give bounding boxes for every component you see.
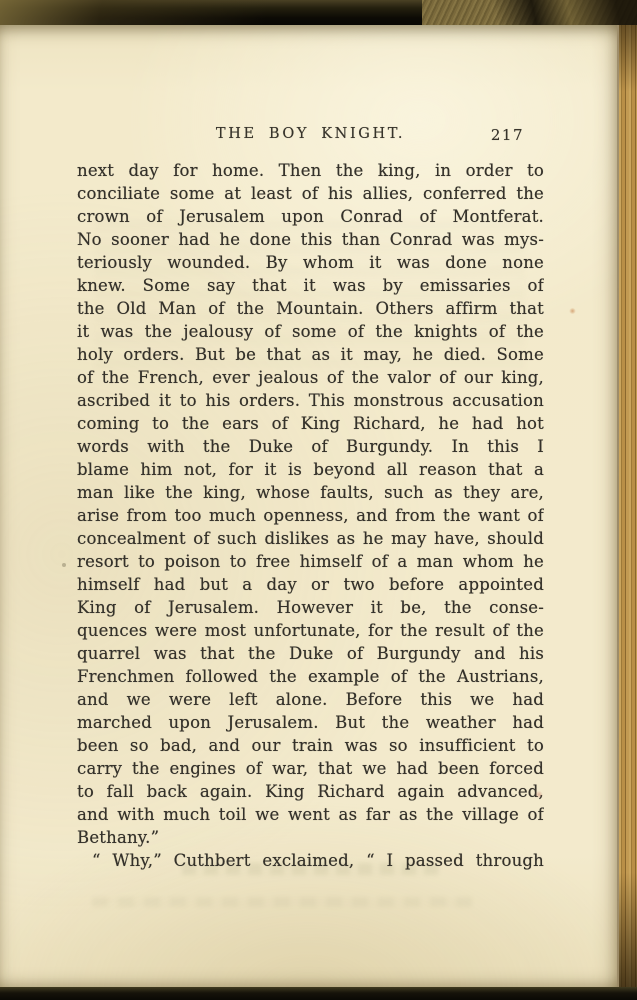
paper-stain: [62, 563, 66, 567]
running-header: THE BOY KNIGHT. 217: [77, 126, 544, 148]
paper-stain: [535, 791, 543, 798]
text-line: to fall back again. King Richard again a…: [77, 780, 544, 803]
text-line: King of Jerusalem. However it be, the co…: [77, 596, 544, 619]
text-line: coming to the ears of King Richard, he h…: [77, 412, 544, 435]
text-line: the Old Man of the Mountain. Others affi…: [77, 297, 544, 320]
text-line: crown of Jerusalem upon Conrad of Montfe…: [77, 205, 544, 228]
text-line: himself had but a day or two before appo…: [77, 573, 544, 596]
text-line: it was the jealousy of some of the knigh…: [77, 320, 544, 343]
text-line: Bethany.”: [77, 826, 544, 849]
text-line: Frenchmen followed the example of the Au…: [77, 665, 544, 688]
text-line: conciliate some at least of his allies, …: [77, 182, 544, 205]
text-line: holy orders. But be that as it may, he d…: [77, 343, 544, 366]
paper-stain: [569, 308, 576, 314]
running-header-title: THE BOY KNIGHT.: [77, 126, 544, 142]
text-line: resort to poison to free himself of a ma…: [77, 550, 544, 573]
text-line: quarrel was that the Duke of Burgundy an…: [77, 642, 544, 665]
ink-showthrough: [92, 897, 472, 907]
book-cover-top-corner: [422, 0, 637, 25]
text-line: man like the king, whose faults, such as…: [77, 481, 544, 504]
text-line: No sooner had he done this than Conrad w…: [77, 228, 544, 251]
text-line: words with the Duke of Burgundy. In this…: [77, 435, 544, 458]
book-page-scan: THE BOY KNIGHT. 217 next day for home. T…: [0, 0, 637, 1000]
page-body-text: next day for home. Then the king, in ord…: [77, 159, 544, 872]
text-line: of the French, ever jealous of the valor…: [77, 366, 544, 389]
text-line: marched upon Jerusalem. But the weather …: [77, 711, 544, 734]
book-cover-bottom: [0, 987, 637, 1000]
text-line: next day for home. Then the king, in ord…: [77, 159, 544, 182]
text-line: knew. Some say that it was by emissaries…: [77, 274, 544, 297]
page-number: 217: [491, 126, 524, 144]
text-line: ascribed it to his orders. This monstrou…: [77, 389, 544, 412]
text-line: and we were left alone. Before this we h…: [77, 688, 544, 711]
text-line: quences were most unfortunate, for the r…: [77, 619, 544, 642]
text-line: been so bad, and our train was so insuff…: [77, 734, 544, 757]
page-edge-stack: [619, 24, 637, 988]
text-line: “ Why,” Cuthbert exclaimed, “ I passed t…: [77, 849, 544, 872]
text-line: teriously wounded. By whom it was done n…: [77, 251, 544, 274]
text-line: and with much toil we went as far as the…: [77, 803, 544, 826]
text-line: concealment of such dislikes as he may h…: [77, 527, 544, 550]
text-line: blame him not, for it is beyond all reas…: [77, 458, 544, 481]
text-line: arise from too much openness, and from t…: [77, 504, 544, 527]
text-line: carry the engines of war, that we had be…: [77, 757, 544, 780]
